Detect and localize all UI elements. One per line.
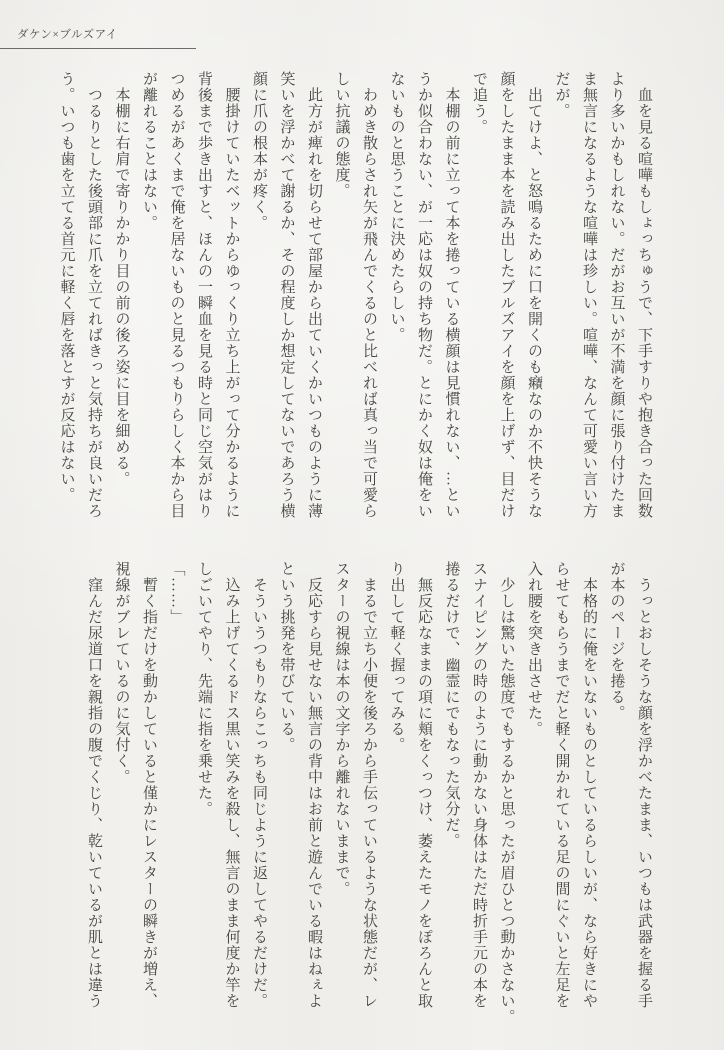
text-line: で追う。 [465,71,493,541]
text-line: 本棚の前に立って本を捲っている横顔は見慣れない、…とい [437,71,465,541]
text-line: 背後まで歩き出すと、ほんの一瞬血を見る時と同じ空気がはり [190,71,218,541]
text-line: 反応すら見せない無言の背中はお前と遊んでいる暇はねぇよ [300,561,328,1031]
text-line: 顔をしたまま本を読み出したブルズアイを顔を上げず、目だけ [492,71,520,541]
text-line: スナイピングの時のように動かない身体はただ時折手元の本を [465,561,493,1031]
text-line: まるで立ち小便を後ろから手伝っているような状態だが、レ [355,561,383,1031]
text-line: ま無言になるような喧嘩は珍しい。喧嘩、なんて可愛い言い方 [575,71,603,541]
text-line: つるりとした後頭部に爪を立てればきっと気持ちが良いだろ [80,71,108,541]
text-line: り出して軽く握ってみる。 [382,561,410,1031]
scanned-novel-page: ダケン×ブルズアイ 血を見る喧嘩もしょっちゅうで、下手すりや抱き合った回数 より… [0,0,724,1050]
text-line: という挑発を帯びている。 [272,561,300,1031]
text-line: う。いつも歯を立てる首元に軽く唇を落とすが反応はない。 [52,71,80,541]
text-line: しい抗議の態度。 [327,71,355,541]
text-line: 此方が痺れを切らせて部屋から出ていくかいつものように薄 [300,71,328,541]
text-line: うっとおしそうな顔を浮かべたまま、いつもは武器を握る手 [630,561,658,1031]
text-line: 「……」 [162,561,190,1031]
text-line: 込み上げてくるドス黒い笑みを殺し、無言のまま何度か竿を [217,561,245,1031]
text-line: うか似合わない、が一応は奴の持ち物だ。とにかく奴は俺をい [410,71,438,541]
text-line: 窪んだ尿道口を親指の腹でくじり、乾いているが肌とは違う [80,561,108,1031]
text-line: だが。 [547,71,575,541]
pairing-title: ダケン×ブルズアイ [17,29,118,41]
text-line: 本格的に俺をいないものとしているらしいが、なら好きにや [575,561,603,1031]
text-line: つめるがあくまで俺を居ないものと見るつもりらしく本から目 [162,71,190,541]
text-line: そういうつもりならこっちも同じように返してやるだけだ。 [245,561,273,1031]
bottom-text-block: うっとおしそうな顔を浮かべたまま、いつもは武器を握る手 が本のページを捲る。 本… [80,561,658,1031]
text-line: 出てけよ、と怒鳴るために口を開くのも癪なのか不快そうな [520,71,548,541]
text-line: が離れることはない。 [135,71,163,541]
text-line: 少しは驚いた態度でもするかと思ったが眉ひとつ動かさない。 [492,561,520,1031]
text-line: わめき散らされ矢が飛んでくるのと比べれば真っ当で可愛ら [355,71,383,541]
text-line: 無反応なままの項に頬をくっつけ、萎えたモノをぽろんと取 [410,561,438,1031]
top-text-block: 血を見る喧嘩もしょっちゅうで、下手すりや抱き合った回数 より多いかもしれない。だ… [52,71,657,541]
text-line: 暫く指だけを動かしていると僅かにレスターの瞬きが増え、 [135,561,163,1031]
text-line: 顔に爪の根本が疼く。 [245,71,273,541]
text-line: 入れ腰を突き出させた。 [520,561,548,1031]
text-line: ないものと思うことに決めたらしい。 [382,71,410,541]
text-line: 腰掛けていたベットからゆっくり立ち上がって分かるように [217,71,245,541]
text-line: 本棚に右肩で寄りかかり目の前の後ろ姿に目を細める。 [107,71,135,541]
page-header: ダケン×ブルズアイ [0,26,196,49]
text-line: しごいてやり、先端に指を乗せた。 [190,561,218,1031]
text-line: が本のページを捲る。 [602,561,630,1031]
text-line: 血を見る喧嘩もしょっちゅうで、下手すりや抱き合った回数 [630,71,658,541]
text-line: 視線がブレているのに気付く。 [107,561,135,1031]
text-line: スターの視線は本の文字から離れないままで。 [327,561,355,1031]
text-line: より多いかもしれない。だがお互いが不満を顔に張り付けたま [602,71,630,541]
text-line: 捲るだけで、幽霊にでもなった気分だ。 [437,561,465,1031]
text-line: らせてもらうまでだと軽く開かれている足の間にぐいと左足を [547,561,575,1031]
text-line: 笑いを浮かべて謝るか、その程度しか想定してないであろう横 [272,71,300,541]
